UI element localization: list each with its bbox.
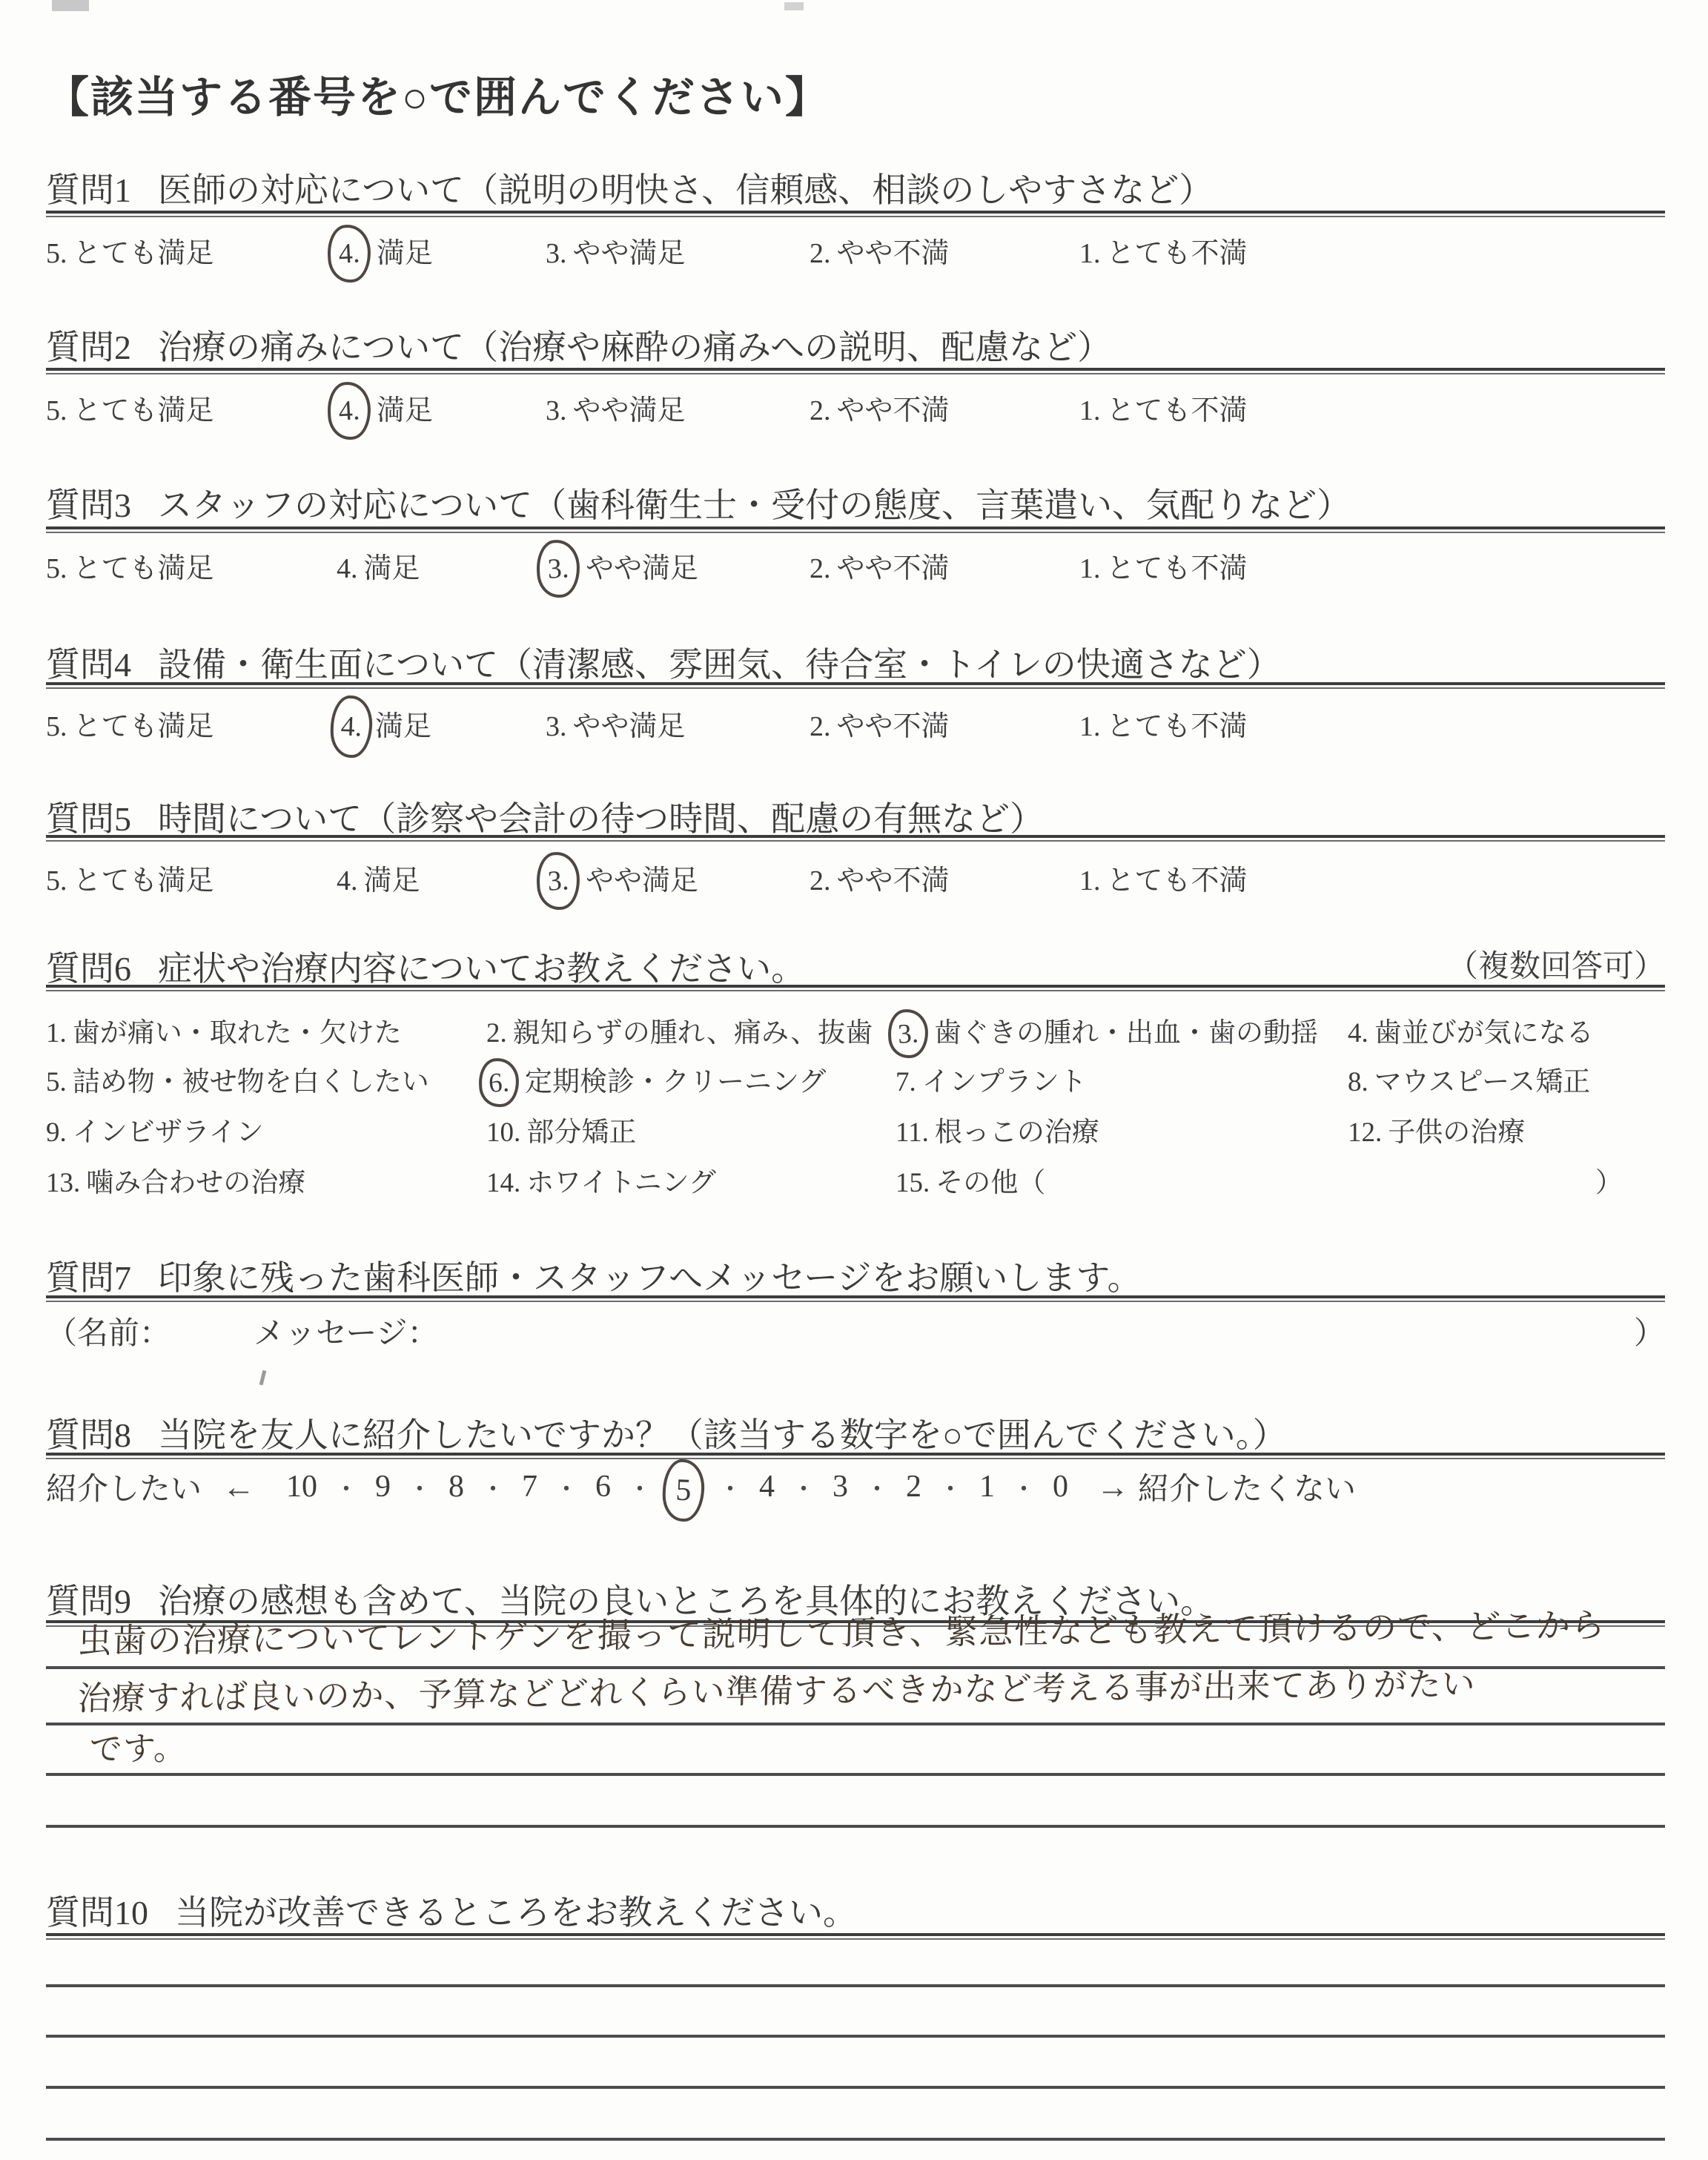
scale-number: 7 — [522, 1469, 537, 1505]
answer-line: 治療すれば良いのか、予算などどれくらい準備するべきかなど考える事が出来てありがた… — [46, 1669, 1665, 1725]
question-number: 質問8 — [46, 1408, 131, 1457]
divider-line — [46, 682, 1665, 689]
divider-line — [46, 1295, 1665, 1302]
rating-option: 1.とても不満 — [1079, 857, 1248, 898]
rating-option-selected: 3.やや満足 — [546, 857, 698, 898]
question-title: 時間について（診察や会計の待つ時間、配慮の有無など） — [158, 792, 1044, 841]
rating-option: 5.とても満足 — [46, 545, 214, 586]
divider-line — [46, 211, 1665, 217]
rating-option: 1.とても不満 — [1079, 387, 1248, 428]
question-title: 当院を友人に紹介したいですか？（該当する数字を○で囲んでください。） — [158, 1408, 1287, 1457]
answer-line: です。 — [46, 1725, 1665, 1776]
handwritten-answer: です。 — [89, 1722, 188, 1770]
rating-option: 2.やや不満 — [810, 387, 950, 428]
symptom-option: 10.部分矯正 — [486, 1109, 636, 1149]
symptom-option: 13.噛み合わせの治療 — [46, 1160, 305, 1200]
rating-option: 3.やや満足 — [546, 703, 686, 744]
rating-option: 2.やや不満 — [810, 857, 950, 898]
rating-option: 5.とても満足 — [46, 230, 214, 271]
scan-artifact — [784, 2, 804, 10]
question-number: 質問10 — [46, 1886, 148, 1935]
rating-option-selected: 3.やや満足 — [546, 545, 698, 586]
question-number: 質問6 — [46, 942, 131, 991]
rating-option-selected: 4.満足 — [337, 387, 433, 428]
rating-option: 5.とても満足 — [46, 703, 214, 744]
selection-circle-mark: 4. — [326, 224, 372, 284]
question-title: スタッフの対応について（歯科衛生士・受付の態度、言葉遣い、気配りなど） — [158, 478, 1351, 527]
left-arrow-icon: ← — [222, 1468, 255, 1506]
symptom-option: 12.子供の治療 — [1348, 1109, 1525, 1149]
form-heading-section: 【該当する番号を○で囲んでください】 — [46, 62, 1665, 125]
name-field-label: （名前： — [46, 1309, 171, 1353]
close-paren: ） — [1634, 1309, 1665, 1353]
scale-number: 0 — [1053, 1469, 1068, 1505]
selection-circle-mark: 3. — [887, 1008, 929, 1059]
scale-number: 3 — [833, 1469, 848, 1505]
question-2: 質問2 治療の痛みについて（治療や麻酔の痛みへの説明、配慮など） 5.とても満足… — [46, 320, 1665, 439]
symptom-option-other: 15.その他（ — [896, 1160, 1045, 1200]
symptom-option: 5.詰め物・被せ物を白くしたい — [46, 1059, 429, 1099]
divider-line — [46, 368, 1665, 374]
rating-option: 1.とても不満 — [1079, 230, 1248, 271]
question-8: 質問8 当院を友人に紹介したいですか？（該当する数字を○で囲んでください。） 紹… — [46, 1408, 1665, 1534]
selection-circle-mark: 3. — [535, 851, 581, 911]
scale-number: 9 — [375, 1469, 391, 1505]
question-3: 質問3 スタッフの対応について（歯科衛生士・受付の態度、言葉遣い、気配りなど） … — [46, 478, 1665, 597]
symptom-option: 7.インプラント — [896, 1059, 1087, 1099]
question-7: 質問7 印象に残った歯科医師・スタッフへメッセージをお願いします。 （名前： メ… — [46, 1251, 1665, 1355]
right-arrow-icon: → — [1096, 1468, 1129, 1506]
question-title: 当院が改善できるところをお教えください。 — [175, 1886, 857, 1935]
rating-option: 4.満足 — [337, 545, 420, 586]
symptom-option: 2.親知らずの腫れ、痛み、抜歯 — [486, 1010, 873, 1050]
question-title: 症状や治療内容についてお教えください。 — [158, 942, 805, 991]
symptom-option: 4.歯並びが気になる — [1348, 1010, 1594, 1050]
divider-line — [46, 526, 1665, 533]
question-number: 質問2 — [46, 320, 131, 369]
scale-number-selected: 5 — [675, 1473, 692, 1509]
rating-option: 3.やや満足 — [546, 230, 686, 271]
rating-option: 4.満足 — [337, 857, 420, 898]
question-number: 質問3 — [46, 478, 131, 527]
rating-option: 2.やや不満 — [810, 545, 950, 586]
symptom-option: 14.ホワイトニング — [486, 1160, 716, 1200]
answer-line — [46, 1935, 1665, 1987]
rating-option: 1.とても不満 — [1079, 703, 1248, 744]
selection-circle-mark: 3. — [535, 539, 581, 599]
scale-number: 1 — [979, 1469, 995, 1505]
answer-line — [46, 2089, 1665, 2141]
rating-option: 2.やや不満 — [810, 230, 950, 271]
answer-line — [46, 1987, 1665, 2038]
symptom-option-selected: 3.歯ぐきの腫れ・出血・歯の動揺 — [896, 1010, 1318, 1050]
question-6: 質問6 症状や治療内容についてお教えください。 （複数回答可） 1.歯が痛い・取… — [46, 942, 1665, 1223]
scan-artifact — [259, 1370, 267, 1386]
scanned-questionnaire-page: 【該当する番号を○で囲んでください】 質問1 医師の対応について（説明の明快さ、… — [0, 0, 1708, 2160]
question-title: 治療の痛みについて（治療や麻酔の痛みへの説明、配慮など） — [158, 320, 1111, 369]
symptom-option: 1.歯が痛い・取れた・欠けた — [46, 1010, 402, 1050]
scale-right-label: 紹介したくない — [1138, 1464, 1356, 1509]
question-5: 質問5 時間について（診察や会計の待つ時間、配慮の有無など） 5.とても満足 4… — [46, 792, 1665, 911]
form-heading: 【該当する番号を○で囲んでください】 — [46, 62, 1665, 125]
rating-option: 3.やや満足 — [546, 387, 686, 428]
divider-line — [46, 985, 1665, 991]
symptom-option: 9.インビザライン — [46, 1109, 264, 1149]
question-number: 質問1 — [46, 163, 131, 212]
answer-line — [46, 2038, 1665, 2089]
question-number: 質問4 — [46, 638, 131, 687]
scale-number: 6 — [595, 1469, 611, 1505]
other-close-paren: ） — [1595, 1160, 1623, 1200]
question-1: 質問1 医師の対応について（説明の明快さ、信頼感、相談のしやすさなど） 5.とて… — [46, 163, 1665, 282]
question-number: 質問5 — [46, 792, 131, 841]
question-number: 質問7 — [46, 1251, 131, 1300]
question-9: 質問9 治療の感想も含めて、当院の良いところを具体的にお教えください。 虫歯の治… — [46, 1574, 1665, 1834]
question-title: 医師の対応について（説明の明快さ、信頼感、相談のしやすさなど） — [158, 163, 1213, 212]
symptom-option: 11.根っこの治療 — [896, 1109, 1099, 1149]
symptom-option: 8.マウスピース矯正 — [1348, 1059, 1590, 1099]
selection-circle-mark: 4. — [330, 695, 374, 759]
question-4: 質問4 設備・衛生面について（清潔感、雰囲気、待合室・トイレの快適さなど） 5.… — [46, 638, 1665, 756]
scale-number: 8 — [448, 1469, 464, 1505]
rating-option: 5.とても満足 — [46, 857, 214, 898]
rating-option: 2.やや不満 — [810, 703, 950, 744]
nps-scale: 紹介したい ← 10 ・ 9 ・ 8 ・ 7 ・ 6 ・ 5 ・ 4 ・ 3 ・… — [46, 1464, 1665, 1509]
rating-option-selected: 4.満足 — [337, 703, 431, 744]
multi-answer-note: （複数回答可） — [1447, 942, 1665, 986]
scale-number: 4 — [759, 1469, 775, 1505]
scan-artifact — [52, 0, 89, 11]
message-field-label: メッセージ： — [254, 1309, 438, 1353]
rating-option: 1.とても不満 — [1079, 545, 1248, 586]
scale-number: 2 — [906, 1469, 921, 1505]
scale-number: 10 — [286, 1469, 317, 1505]
question-title: 印象に残った歯科医師・スタッフへメッセージをお願いします。 — [158, 1251, 1142, 1300]
answer-line — [46, 1776, 1665, 1828]
question-title: 設備・衛生面について（清潔感、雰囲気、待合室・トイレの快適さなど） — [158, 638, 1281, 687]
divider-line — [46, 1453, 1665, 1459]
rating-option: 5.とても満足 — [46, 387, 214, 428]
rating-option-selected: 4.満足 — [337, 230, 433, 271]
symptom-option-selected: 6.定期検診・クリーニング — [486, 1059, 826, 1099]
question-10: 質問10 当院が改善できるところをお教えください。 — [46, 1886, 1665, 2145]
divider-line — [46, 835, 1665, 842]
selection-circle-mark: 5 — [662, 1459, 706, 1522]
selection-circle-mark: 6. — [477, 1057, 520, 1108]
selection-circle-mark: 4. — [326, 381, 372, 441]
scale-left-label: 紹介したい — [46, 1464, 202, 1509]
